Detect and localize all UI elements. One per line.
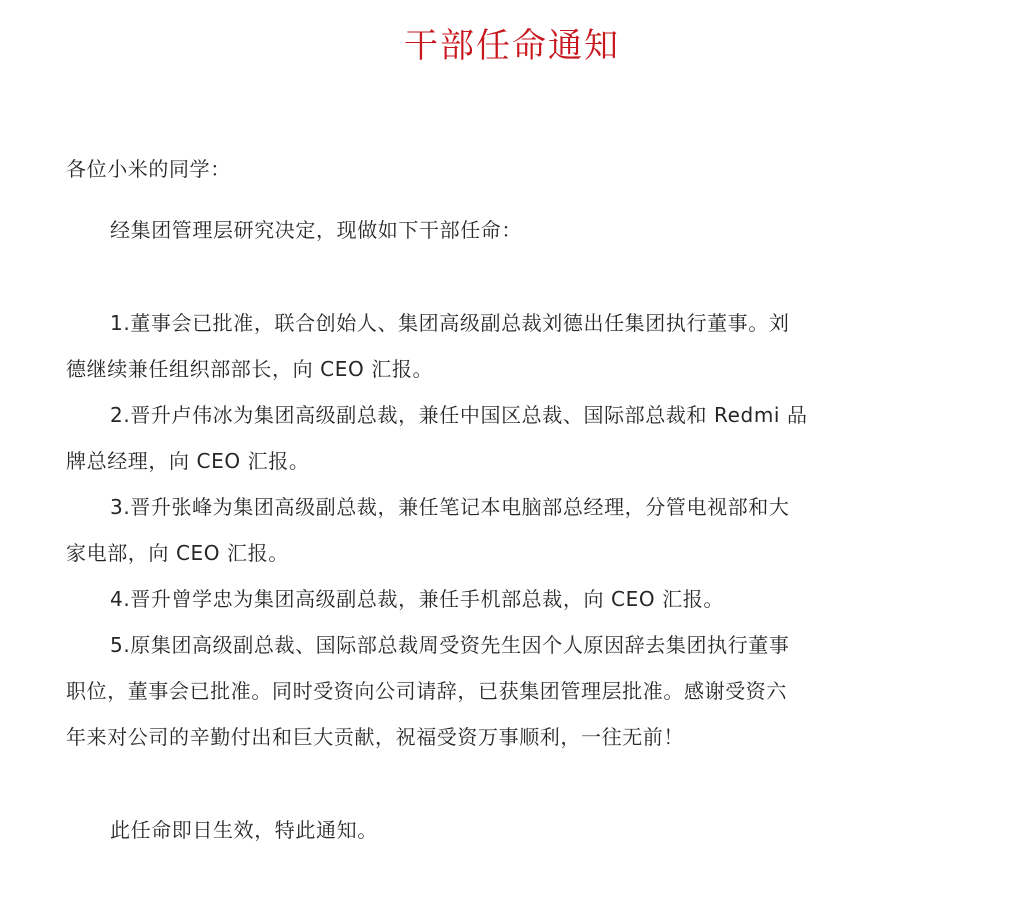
item-line: 德继续兼任组织部部长，向 CEO 汇报。 <box>66 354 433 384</box>
item-line: 牌总经理，向 CEO 汇报。 <box>66 446 309 476</box>
closing-statement: 此任命即日生效，特此通知。 <box>110 815 378 845</box>
document-title: 干部任命通知 <box>0 22 1024 70</box>
item-line: 职位，董事会已批准。同时受资向公司请辞，已获集团管理层批准。感谢受资六 <box>66 676 787 706</box>
item-line: 年来对公司的辛勤付出和巨大贡献，祝福受资万事顺利，一往无前！ <box>66 722 684 752</box>
item-line: 2.晋升卢伟冰为集团高级副总裁，兼任中国区总裁、国际部总裁和 Redmi 品 <box>110 400 808 430</box>
salutation: 各位小米的同学： <box>66 154 231 184</box>
item-line: 1.董事会已批准，联合创始人、集团高级副总裁刘德出任集团执行董事。刘 <box>110 308 789 338</box>
item-line: 4.晋升曾学忠为集团高级副总裁，兼任手机部总裁，向 CEO 汇报。 <box>110 584 724 614</box>
item-line: 家电部，向 CEO 汇报。 <box>66 538 289 568</box>
item-line: 3.晋升张峰为集团高级副总裁，兼任笔记本电脑部总经理，分管电视部和大 <box>110 492 789 522</box>
item-line: 5.原集团高级副总裁、国际部总裁周受资先生因个人原因辞去集团执行董事 <box>110 630 789 660</box>
intro-paragraph: 经集团管理层研究决定，现做如下干部任命： <box>110 215 522 245</box>
